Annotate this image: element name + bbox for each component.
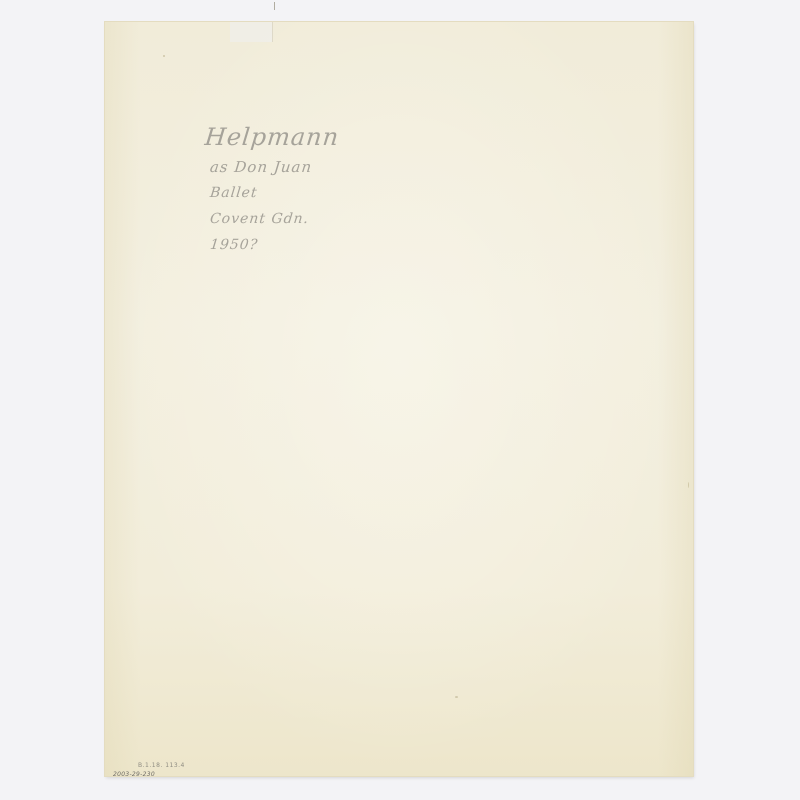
note-line-name: Helpmann [203,122,340,152]
note-line-year: 1950? [209,232,341,258]
paper-sheet [105,22,693,776]
catalog-reference: B.1.18. 113.4 [138,762,185,769]
note-line-role: as Don Juan [209,154,341,180]
accession-number: 2003-29-230 [113,771,155,778]
note-line-genre: Ballet [209,180,341,206]
paper-speck [455,696,458,698]
paper-edge-mark [688,482,689,488]
registration-mark [274,2,275,10]
handwritten-note: Helpmann as Don Juan Ballet Covent Gdn. … [205,122,339,258]
tape-strip [230,22,273,42]
paper-speck [163,55,165,57]
scan-background: Helpmann as Don Juan Ballet Covent Gdn. … [0,0,800,800]
note-line-venue: Covent Gdn. [209,206,341,232]
